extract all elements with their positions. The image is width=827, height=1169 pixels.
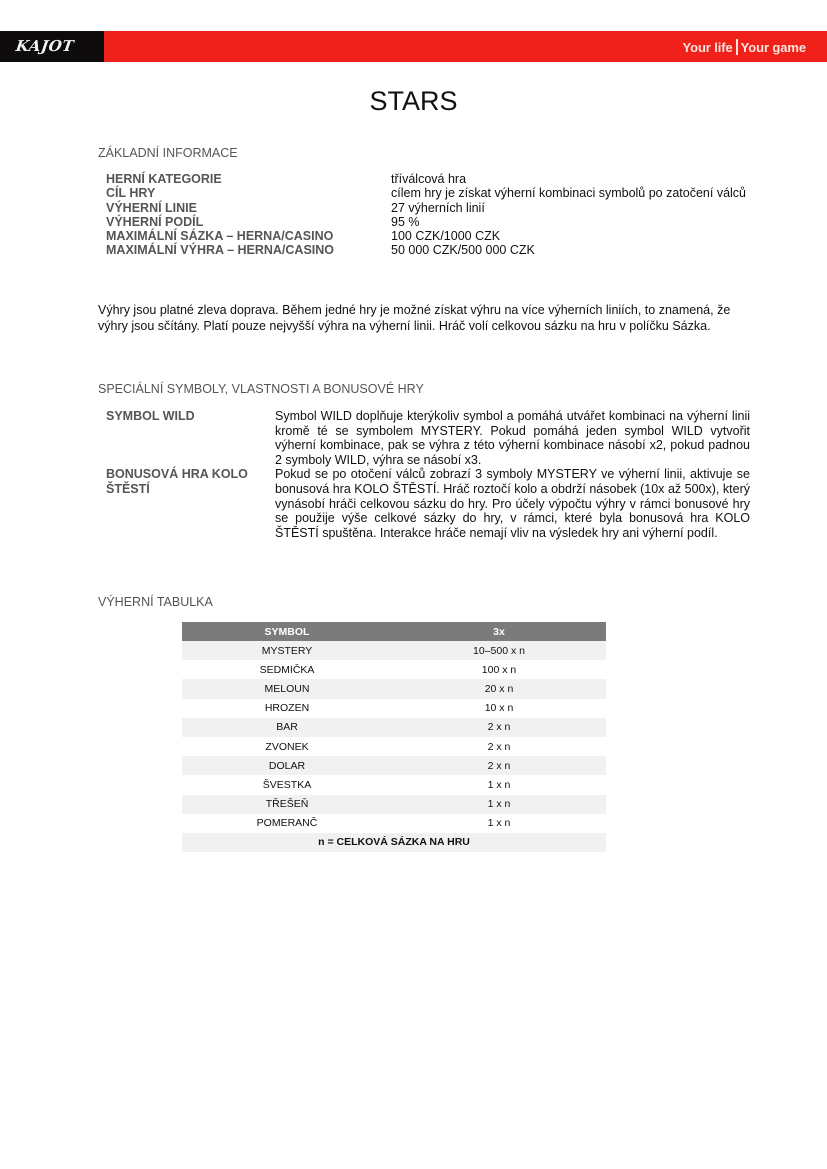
page-title: STARS	[0, 86, 827, 117]
info-label: VÝHERNÍ LINIE	[106, 201, 391, 215]
payout-cell: 2 x n	[392, 737, 606, 756]
tagline-right: Your game	[741, 40, 806, 55]
info-value: tříválcová hra	[391, 172, 756, 186]
table-row: SEDMIČKA100 x n	[182, 660, 606, 679]
special-label: SYMBOL WILD	[106, 409, 275, 467]
info-label: MAXIMÁLNÍ VÝHRA – HERNA/CASINO	[106, 243, 391, 257]
symbol-cell: MELOUN	[182, 679, 392, 698]
info-row: MAXIMÁLNÍ VÝHRA – HERNA/CASINO 50 000 CZ…	[106, 243, 766, 257]
table-row: ZVONEK2 x n	[182, 737, 606, 756]
symbol-cell: MYSTERY	[182, 641, 392, 660]
info-row: VÝHERNÍ LINIE 27 výherních linií	[106, 201, 766, 215]
table-row: MYSTERY10–500 x n	[182, 641, 606, 660]
brand-header-bar: KAJOT Your lifeYour game	[0, 31, 827, 62]
logo-box: KAJOT	[0, 31, 104, 62]
tagline-left: Your life	[683, 40, 733, 55]
table-row: DOLAR2 x n	[182, 756, 606, 775]
brand-tagline: Your lifeYour game	[683, 39, 806, 55]
payout-cell: 2 x n	[392, 718, 606, 737]
info-label: MAXIMÁLNÍ SÁZKA – HERNA/CASINO	[106, 229, 391, 243]
special-symbols-heading: SPECIÁLNÍ SYMBOLY, VLASTNOSTI A BONUSOVÉ…	[98, 382, 424, 396]
payout-cell: 20 x n	[392, 679, 606, 698]
rules-paragraph: Výhry jsou platné zleva doprava. Během j…	[98, 303, 748, 334]
symbol-cell: ŠVESTKA	[182, 775, 392, 794]
info-row: MAXIMÁLNÍ SÁZKA – HERNA/CASINO 100 CZK/1…	[106, 229, 766, 243]
payout-cell: 10–500 x n	[392, 641, 606, 660]
column-header-3x: 3x	[392, 622, 606, 641]
table-row: TŘEŠEŇ1 x n	[182, 795, 606, 814]
info-value: 95 %	[391, 215, 756, 229]
tagline-separator	[736, 39, 738, 55]
basic-info-table: HERNÍ KATEGORIE tříválcová hra CÍL HRY c…	[106, 172, 766, 258]
table-row: HROZEN10 x n	[182, 699, 606, 718]
info-row: VÝHERNÍ PODÍL 95 %	[106, 215, 766, 229]
symbol-cell: SEDMIČKA	[182, 660, 392, 679]
special-label: BONUSOVÁ HRA KOLO ŠTĚSTÍ	[106, 467, 275, 540]
paytable-body: MYSTERY10–500 x nSEDMIČKA100 x nMELOUN20…	[182, 641, 606, 852]
symbol-cell: TŘEŠEŇ	[182, 795, 392, 814]
special-row-wild: SYMBOL WILD Symbol WILD doplňuje kterýko…	[106, 409, 750, 467]
payout-cell: 100 x n	[392, 660, 606, 679]
info-value: 50 000 CZK/500 000 CZK	[391, 243, 756, 257]
symbol-cell: ZVONEK	[182, 737, 392, 756]
info-value: 27 výherních linií	[391, 201, 756, 215]
payout-cell: 10 x n	[392, 699, 606, 718]
payout-cell: 2 x n	[392, 756, 606, 775]
special-row-bonus: BONUSOVÁ HRA KOLO ŠTĚSTÍ Pokud se po oto…	[106, 467, 750, 540]
info-value: cílem hry je získat výherní kombinaci sy…	[391, 186, 756, 200]
paytable: SYMBOL 3x MYSTERY10–500 x nSEDMIČKA100 x…	[182, 622, 606, 852]
table-row: ŠVESTKA1 x n	[182, 775, 606, 794]
symbol-cell: HROZEN	[182, 699, 392, 718]
payout-cell: 1 x n	[392, 775, 606, 794]
table-row: BAR2 x n	[182, 718, 606, 737]
payout-cell: 1 x n	[392, 795, 606, 814]
table-row: MELOUN20 x n	[182, 679, 606, 698]
table-row: POMERANČ1 x n	[182, 814, 606, 833]
payout-cell: 1 x n	[392, 814, 606, 833]
info-label: VÝHERNÍ PODÍL	[106, 215, 391, 229]
basic-info-heading: ZÁKLADNÍ INFORMACE	[98, 146, 238, 160]
symbol-cell: POMERANČ	[182, 814, 392, 833]
paytable-heading: VÝHERNÍ TABULKA	[98, 595, 213, 609]
symbol-cell: BAR	[182, 718, 392, 737]
paytable-header-row: SYMBOL 3x	[182, 622, 606, 641]
special-description: Pokud se po otočení válců zobrazí 3 symb…	[275, 467, 750, 540]
column-header-symbol: SYMBOL	[182, 622, 392, 641]
info-row: HERNÍ KATEGORIE tříválcová hra	[106, 172, 766, 186]
paytable-footer-row: n = CELKOVÁ SÁZKA NA HRU	[182, 833, 606, 852]
info-label: CÍL HRY	[106, 186, 391, 200]
symbol-cell: DOLAR	[182, 756, 392, 775]
info-row: CÍL HRY cílem hry je získat výherní komb…	[106, 186, 766, 200]
special-symbols-table: SYMBOL WILD Symbol WILD doplňuje kterýko…	[106, 409, 750, 540]
info-label: HERNÍ KATEGORIE	[106, 172, 391, 186]
paytable-footnote: n = CELKOVÁ SÁZKA NA HRU	[182, 833, 606, 852]
info-value: 100 CZK/1000 CZK	[391, 229, 756, 243]
kajot-logo: KAJOT	[15, 37, 75, 55]
special-description: Symbol WILD doplňuje kterýkoliv symbol a…	[275, 409, 750, 467]
